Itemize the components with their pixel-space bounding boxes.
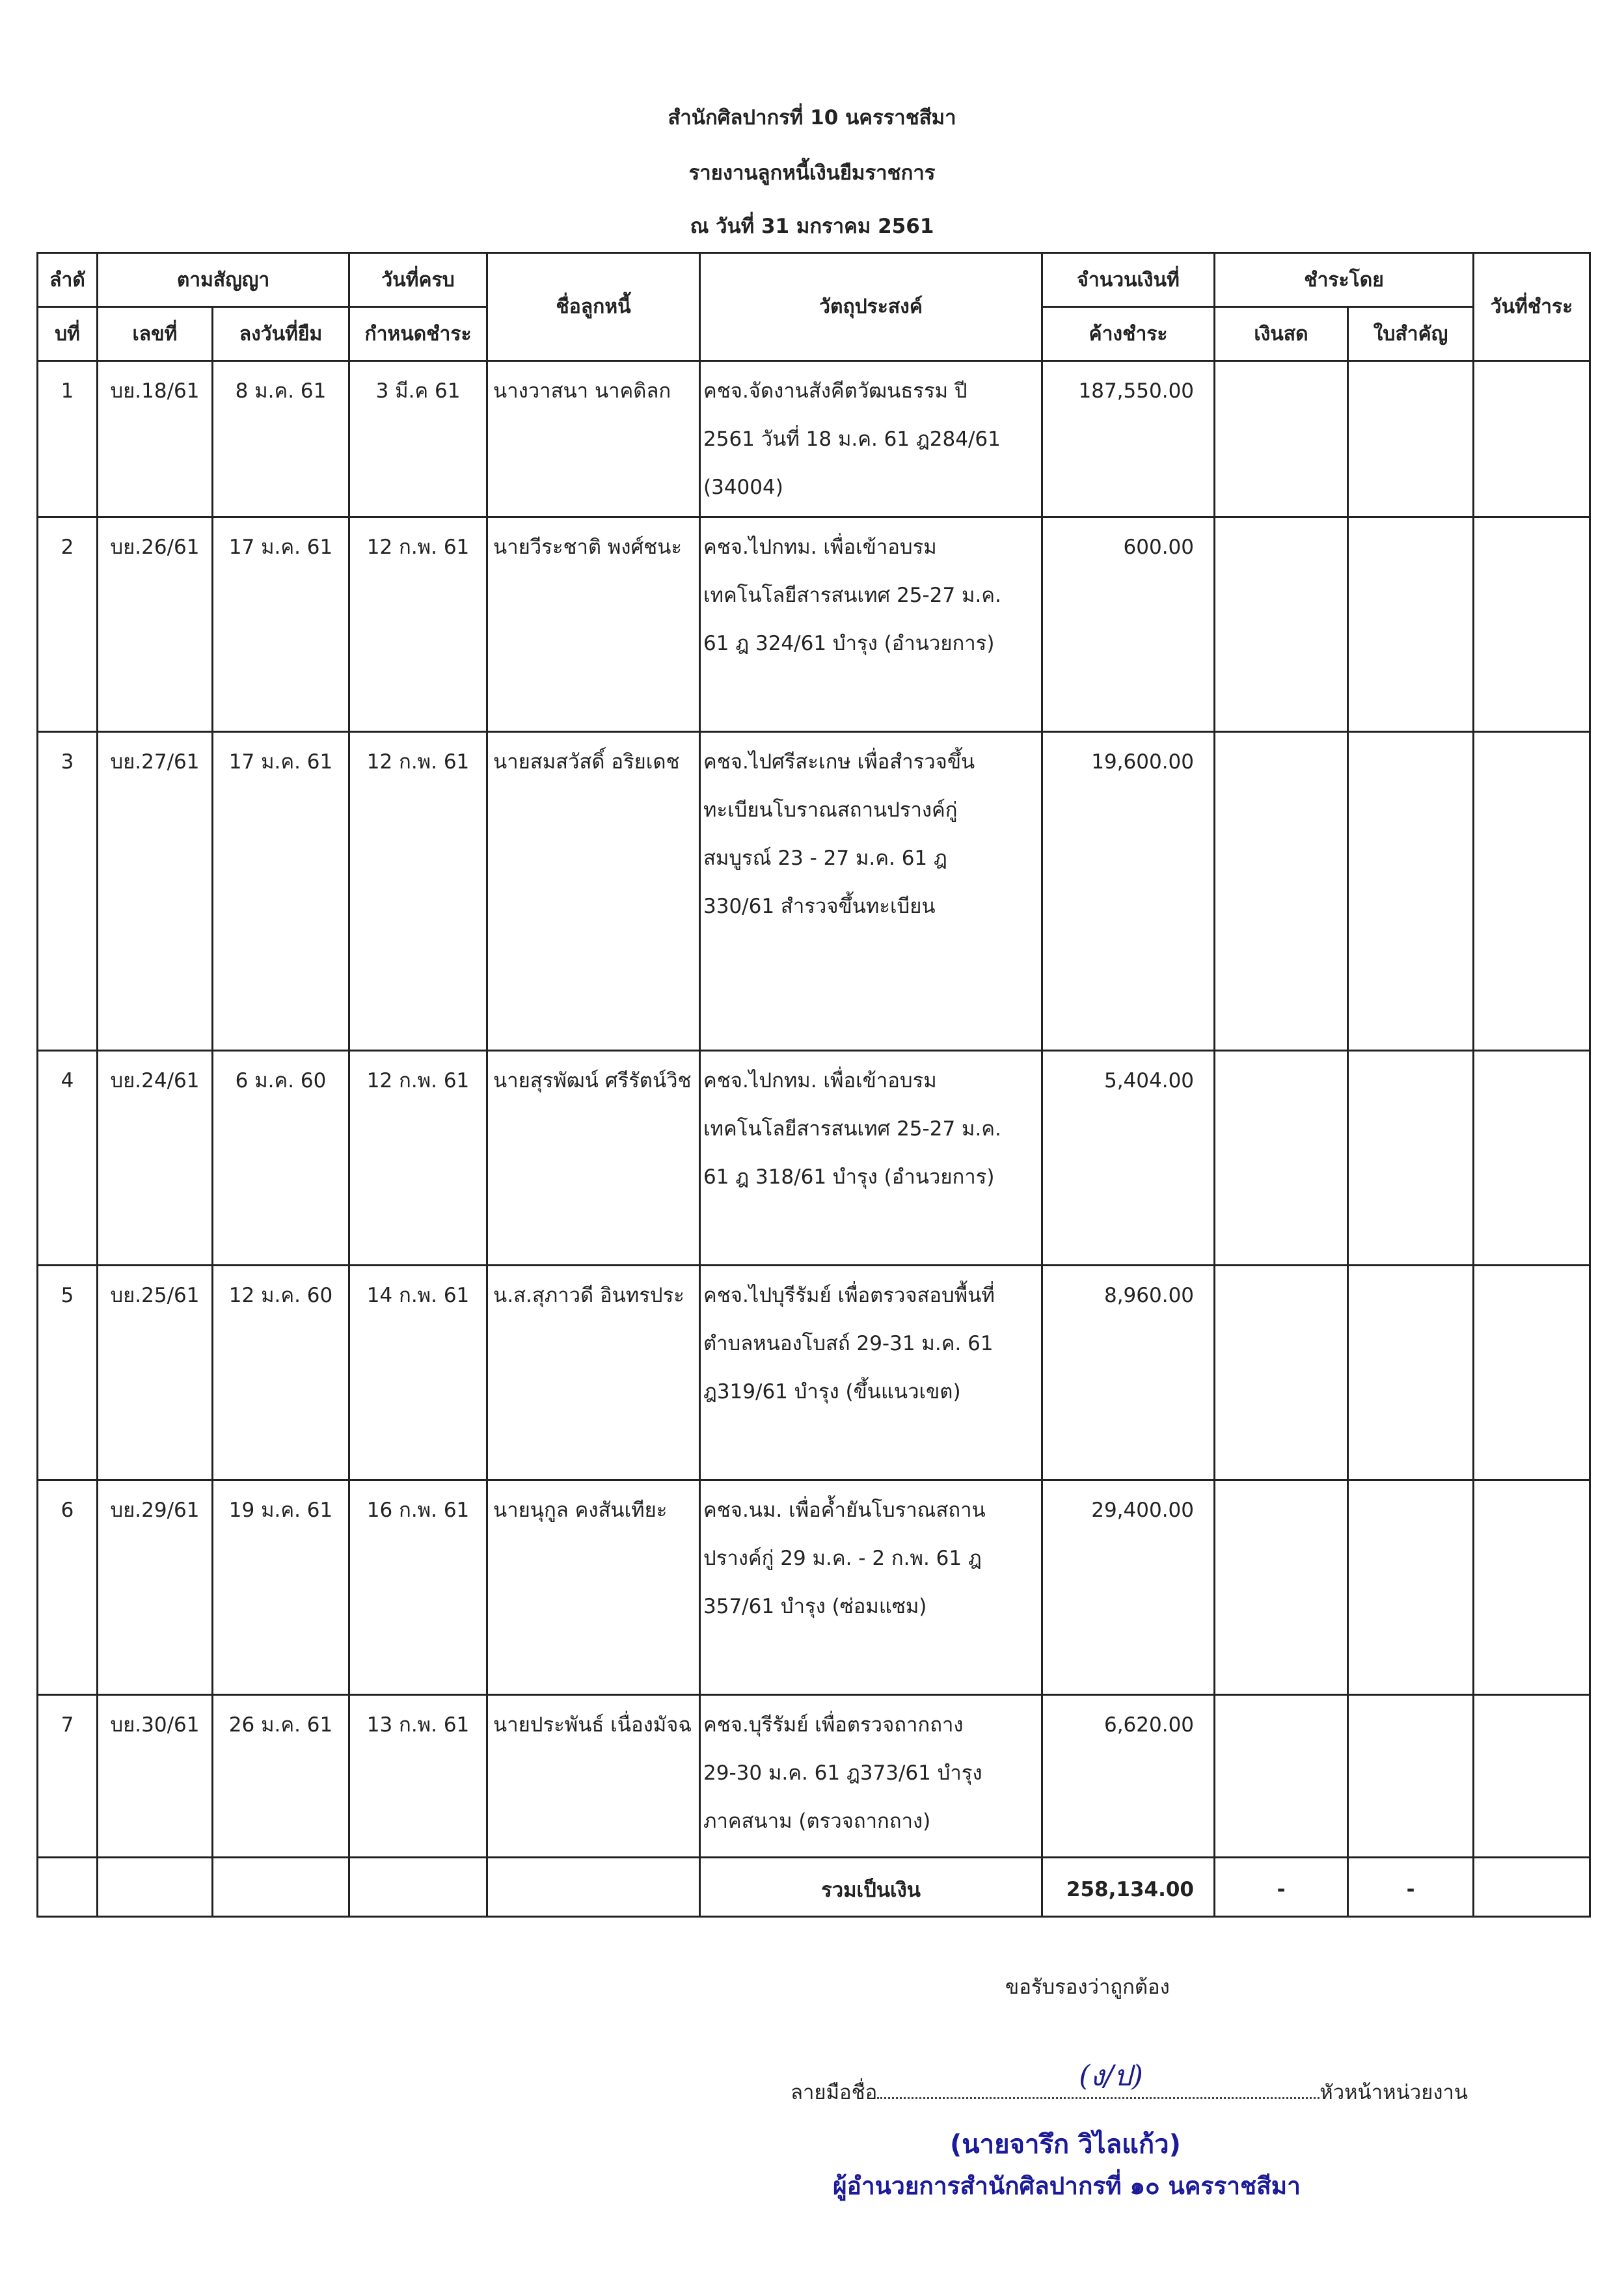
header-paid-receipt: ใบสำคัญ xyxy=(1348,307,1474,361)
row-cash xyxy=(1215,1695,1348,1858)
row-contract-date: 19 ม.ค. 61 xyxy=(213,1480,349,1695)
table-row: 5บย.25/6112 ม.ค. 6014 ก.พ. 61น.ส.สุภาวดี… xyxy=(38,1266,1590,1480)
purpose-line: 61 ฎ 324/61 บำรุง (อำนวยการ) xyxy=(703,619,1036,668)
row-contract-no: บย.27/61 xyxy=(98,732,213,1051)
row-amount: 19,600.00 xyxy=(1042,732,1215,1051)
row-debtor: นายนุกูล คงสันเทียะ xyxy=(487,1480,700,1695)
purpose-line: เทคโนโลยีสารสนเทศ 25-27 ม.ค. xyxy=(703,1105,1036,1153)
row-seq: 3 xyxy=(38,732,98,1051)
row-purpose: คชจ.ไปบุรีรัมย์ เพื่อตรวจสอบพื้นที่ตำบลห… xyxy=(700,1266,1042,1480)
purpose-line: ภาคสนาม (ตรวจถากถาง) xyxy=(703,1797,1036,1845)
row-receipt xyxy=(1348,361,1474,517)
row-due-date: 3 มี.ค 61 xyxy=(349,361,487,517)
row-paid-date xyxy=(1474,1051,1590,1266)
header-debtor: ชื่อลูกหนี้ xyxy=(487,253,700,361)
row-purpose: คชจ.ไปศรีสะเกษ เพื่อสำรวจขึ้นทะเบียนโบรา… xyxy=(700,732,1042,1051)
header-amount-bottom: ค้างชำระ xyxy=(1042,307,1215,361)
row-contract-no: บย.18/61 xyxy=(98,361,213,517)
row-amount: 5,404.00 xyxy=(1042,1051,1215,1266)
row-debtor: นายสมสวัสดิ์ อริยเดช xyxy=(487,732,700,1051)
row-seq: 2 xyxy=(38,517,98,732)
row-debtor: นายวีระชาติ พงศ์ชนะ xyxy=(487,517,700,732)
row-due-date: 12 ก.พ. 61 xyxy=(349,732,487,1051)
purpose-line: เทคโนโลยีสารสนเทศ 25-27 ม.ค. xyxy=(703,571,1036,619)
signature-line: ลายมือชื่อ(ง/ป)หัวหน้าหน่วยงาน xyxy=(791,2076,1468,2108)
header-paid-cash: เงินสด xyxy=(1215,307,1348,361)
row-contract-no: บย.26/61 xyxy=(98,517,213,732)
row-seq: 5 xyxy=(38,1266,98,1480)
table-row: 6บย.29/6119 ม.ค. 6116 ก.พ. 61นายนุกูล คง… xyxy=(38,1480,1590,1695)
header-contract: ตามสัญญา xyxy=(98,253,349,307)
row-contract-no: บย.25/61 xyxy=(98,1266,213,1480)
debtor-table: ลำดั ตามสัญญา วันที่ครบ ชื่อลูกหนี้ วัตถ… xyxy=(36,252,1591,1918)
total-amount: 258,134.00 xyxy=(1042,1858,1215,1917)
signer-name: (นายจารึก วิไลแก้ว) xyxy=(950,2123,1181,2165)
row-receipt xyxy=(1348,732,1474,1051)
purpose-line: คชจ.จัดงานสังคีตวัฒนธรรม ปี xyxy=(703,367,1036,415)
header-purpose: วัตถุประสงค์ xyxy=(700,253,1042,361)
purpose-line: คชจ.ไปกทม. เพื่อเข้าอบรม xyxy=(703,1057,1036,1105)
row-due-date: 12 ก.พ. 61 xyxy=(349,517,487,732)
row-due-date: 14 ก.พ. 61 xyxy=(349,1266,487,1480)
purpose-line: คชจ.ไปศรีสะเกษ เพื่อสำรวจขึ้น xyxy=(703,738,1036,786)
header-seq-bottom: บที่ xyxy=(38,307,98,361)
row-cash xyxy=(1215,517,1348,732)
row-paid-date xyxy=(1474,732,1590,1051)
row-paid-date xyxy=(1474,1480,1590,1695)
row-cash xyxy=(1215,1051,1348,1266)
header-due-top: วันที่ครบ xyxy=(349,253,487,307)
purpose-line: ฎ319/61 บำรุง (ขึ้นแนวเขต) xyxy=(703,1368,1036,1416)
row-receipt xyxy=(1348,1051,1474,1266)
purpose-line: 29-30 ม.ค. 61 ฎ373/61 บำรุง xyxy=(703,1749,1036,1797)
table-row: 1บย.18/618 ม.ค. 613 มี.ค 61นางวาสนา นาคด… xyxy=(38,361,1590,517)
table-row: 2บย.26/6117 ม.ค. 6112 ก.พ. 61นายวีระชาติ… xyxy=(38,517,1590,732)
row-receipt xyxy=(1348,1695,1474,1858)
row-contract-date: 17 ม.ค. 61 xyxy=(213,517,349,732)
purpose-line: (34004) xyxy=(703,463,1036,511)
total-receipt: - xyxy=(1348,1858,1474,1917)
row-cash xyxy=(1215,1266,1348,1480)
row-receipt xyxy=(1348,1266,1474,1480)
office-title: สำนักศิลปากรที่ 10 นครราชสีมา xyxy=(0,101,1624,133)
row-seq: 4 xyxy=(38,1051,98,1266)
row-debtor: นายสุรพัฒน์ ศรีรัตน์วิช xyxy=(487,1051,700,1266)
row-cash xyxy=(1215,361,1348,517)
total-cash: - xyxy=(1215,1858,1348,1917)
row-contract-date: 6 ม.ค. 60 xyxy=(213,1051,349,1266)
row-seq: 1 xyxy=(38,361,98,517)
row-receipt xyxy=(1348,517,1474,732)
signature-field: (ง/ป) xyxy=(877,2079,1319,2099)
row-contract-no: บย.29/61 xyxy=(98,1480,213,1695)
row-purpose: คชจ.บุรีรัมย์ เพื่อตรวจถากถาง29-30 ม.ค. … xyxy=(700,1695,1042,1858)
row-contract-no: บย.24/61 xyxy=(98,1051,213,1266)
header-seq: ลำดั xyxy=(38,253,98,307)
report-title: รายงานลูกหนี้เงินยืมราชการ xyxy=(0,156,1624,189)
purpose-line: คชจ.นม. เพื่อค้ำยันโบราณสถาน xyxy=(703,1486,1036,1534)
row-paid-date xyxy=(1474,1266,1590,1480)
row-due-date: 12 ก.พ. 61 xyxy=(349,1051,487,1266)
row-seq: 7 xyxy=(38,1695,98,1858)
purpose-line: ตำบลหนองโบสถ์ 29-31 ม.ค. 61 xyxy=(703,1320,1036,1368)
purpose-line: ปรางค์กู่ 29 ม.ค. - 2 ก.พ. 61 ฎ xyxy=(703,1534,1036,1582)
row-paid-date xyxy=(1474,361,1590,517)
table-row: 7บย.30/6126 ม.ค. 6113 ก.พ. 61นายประพันธ์… xyxy=(38,1695,1590,1858)
row-seq: 6 xyxy=(38,1480,98,1695)
row-receipt xyxy=(1348,1480,1474,1695)
row-contract-date: 26 ม.ค. 61 xyxy=(213,1695,349,1858)
purpose-line: คชจ.ไปบุรีรัมย์ เพื่อตรวจสอบพื้นที่ xyxy=(703,1271,1036,1320)
header-paid-date: วันที่ชำระ xyxy=(1474,253,1590,361)
row-amount: 6,620.00 xyxy=(1042,1695,1215,1858)
row-due-date: 16 ก.พ. 61 xyxy=(349,1480,487,1695)
row-paid-date xyxy=(1474,1695,1590,1858)
signature-mark: (ง/ป) xyxy=(1079,2053,1143,2098)
row-contract-date: 17 ม.ค. 61 xyxy=(213,732,349,1051)
total-label: รวมเป็นเงิน xyxy=(700,1858,1042,1917)
row-amount: 29,400.00 xyxy=(1042,1480,1215,1695)
purpose-line: คชจ.ไปกทม. เพื่อเข้าอบรม xyxy=(703,523,1036,571)
row-contract-no: บย.30/61 xyxy=(98,1695,213,1858)
purpose-line: คชจ.บุรีรัมย์ เพื่อตรวจถากถาง xyxy=(703,1701,1036,1749)
purpose-line: 357/61 บำรุง (ซ่อมแซม) xyxy=(703,1582,1036,1631)
header-paid-by: ชำระโดย xyxy=(1215,253,1474,307)
row-paid-date xyxy=(1474,517,1590,732)
row-cash xyxy=(1215,732,1348,1051)
row-amount: 187,550.00 xyxy=(1042,361,1215,517)
row-contract-date: 8 ม.ค. 61 xyxy=(213,361,349,517)
sign-role: หัวหน้าหน่วยงาน xyxy=(1319,2081,1468,2104)
table-row: 4บย.24/616 ม.ค. 6012 ก.พ. 61นายสุรพัฒน์ … xyxy=(38,1051,1590,1266)
row-cash xyxy=(1215,1480,1348,1695)
row-purpose: คชจ.ไปกทม. เพื่อเข้าอบรมเทคโนโลยีสารสนเท… xyxy=(700,1051,1042,1266)
row-due-date: 13 ก.พ. 61 xyxy=(349,1695,487,1858)
header-contract-date: ลงวันที่ยืม xyxy=(213,307,349,361)
signer-title: ผู้อำนวยการสำนักศิลปากรที่ ๑๐ นครราชสีมา xyxy=(833,2167,1301,2205)
total-row: รวมเป็นเงิน 258,134.00 - - xyxy=(38,1858,1590,1917)
purpose-line: ทะเบียนโบราณสถานปรางค์กู่ xyxy=(703,786,1036,834)
row-purpose: คชจ.นม. เพื่อค้ำยันโบราณสถานปรางค์กู่ 29… xyxy=(700,1480,1042,1695)
row-contract-date: 12 ม.ค. 60 xyxy=(213,1266,349,1480)
row-purpose: คชจ.จัดงานสังคีตวัฒนธรรม ปี2561 วันที่ 1… xyxy=(700,361,1042,517)
header-amount-top: จำนวนเงินที่ xyxy=(1042,253,1215,307)
purpose-line: 61 ฎ 318/61 บำรุง (อำนวยการ) xyxy=(703,1153,1036,1201)
header-due-bottom: กำหนดชำระ xyxy=(349,307,487,361)
report-date: ณ วันที่ 31 มกราคม 2561 xyxy=(0,210,1624,242)
table-row: 3บย.27/6117 ม.ค. 6112 ก.พ. 61นายสมสวัสดิ… xyxy=(38,732,1590,1051)
row-amount: 8,960.00 xyxy=(1042,1266,1215,1480)
sign-label: ลายมือชื่อ xyxy=(791,2081,877,2104)
row-amount: 600.00 xyxy=(1042,517,1215,732)
certify-text: ขอรับรองว่าถูกต้อง xyxy=(1005,1970,1170,2003)
purpose-line: 330/61 สำรวจขึ้นทะเบียน xyxy=(703,882,1036,930)
purpose-line: สมบูรณ์ 23 - 27 ม.ค. 61 ฎ xyxy=(703,834,1036,882)
row-debtor: น.ส.สุภาวดี อินทรประ xyxy=(487,1266,700,1480)
purpose-line: 2561 วันที่ 18 ม.ค. 61 ฎ284/61 xyxy=(703,415,1036,463)
header-contract-no: เลขที่ xyxy=(98,307,213,361)
row-debtor: นายประพันธ์ เนื่องมัจฉ xyxy=(487,1695,700,1858)
row-debtor: นางวาสนา นาคดิลก xyxy=(487,361,700,517)
row-purpose: คชจ.ไปกทม. เพื่อเข้าอบรมเทคโนโลยีสารสนเท… xyxy=(700,517,1042,732)
